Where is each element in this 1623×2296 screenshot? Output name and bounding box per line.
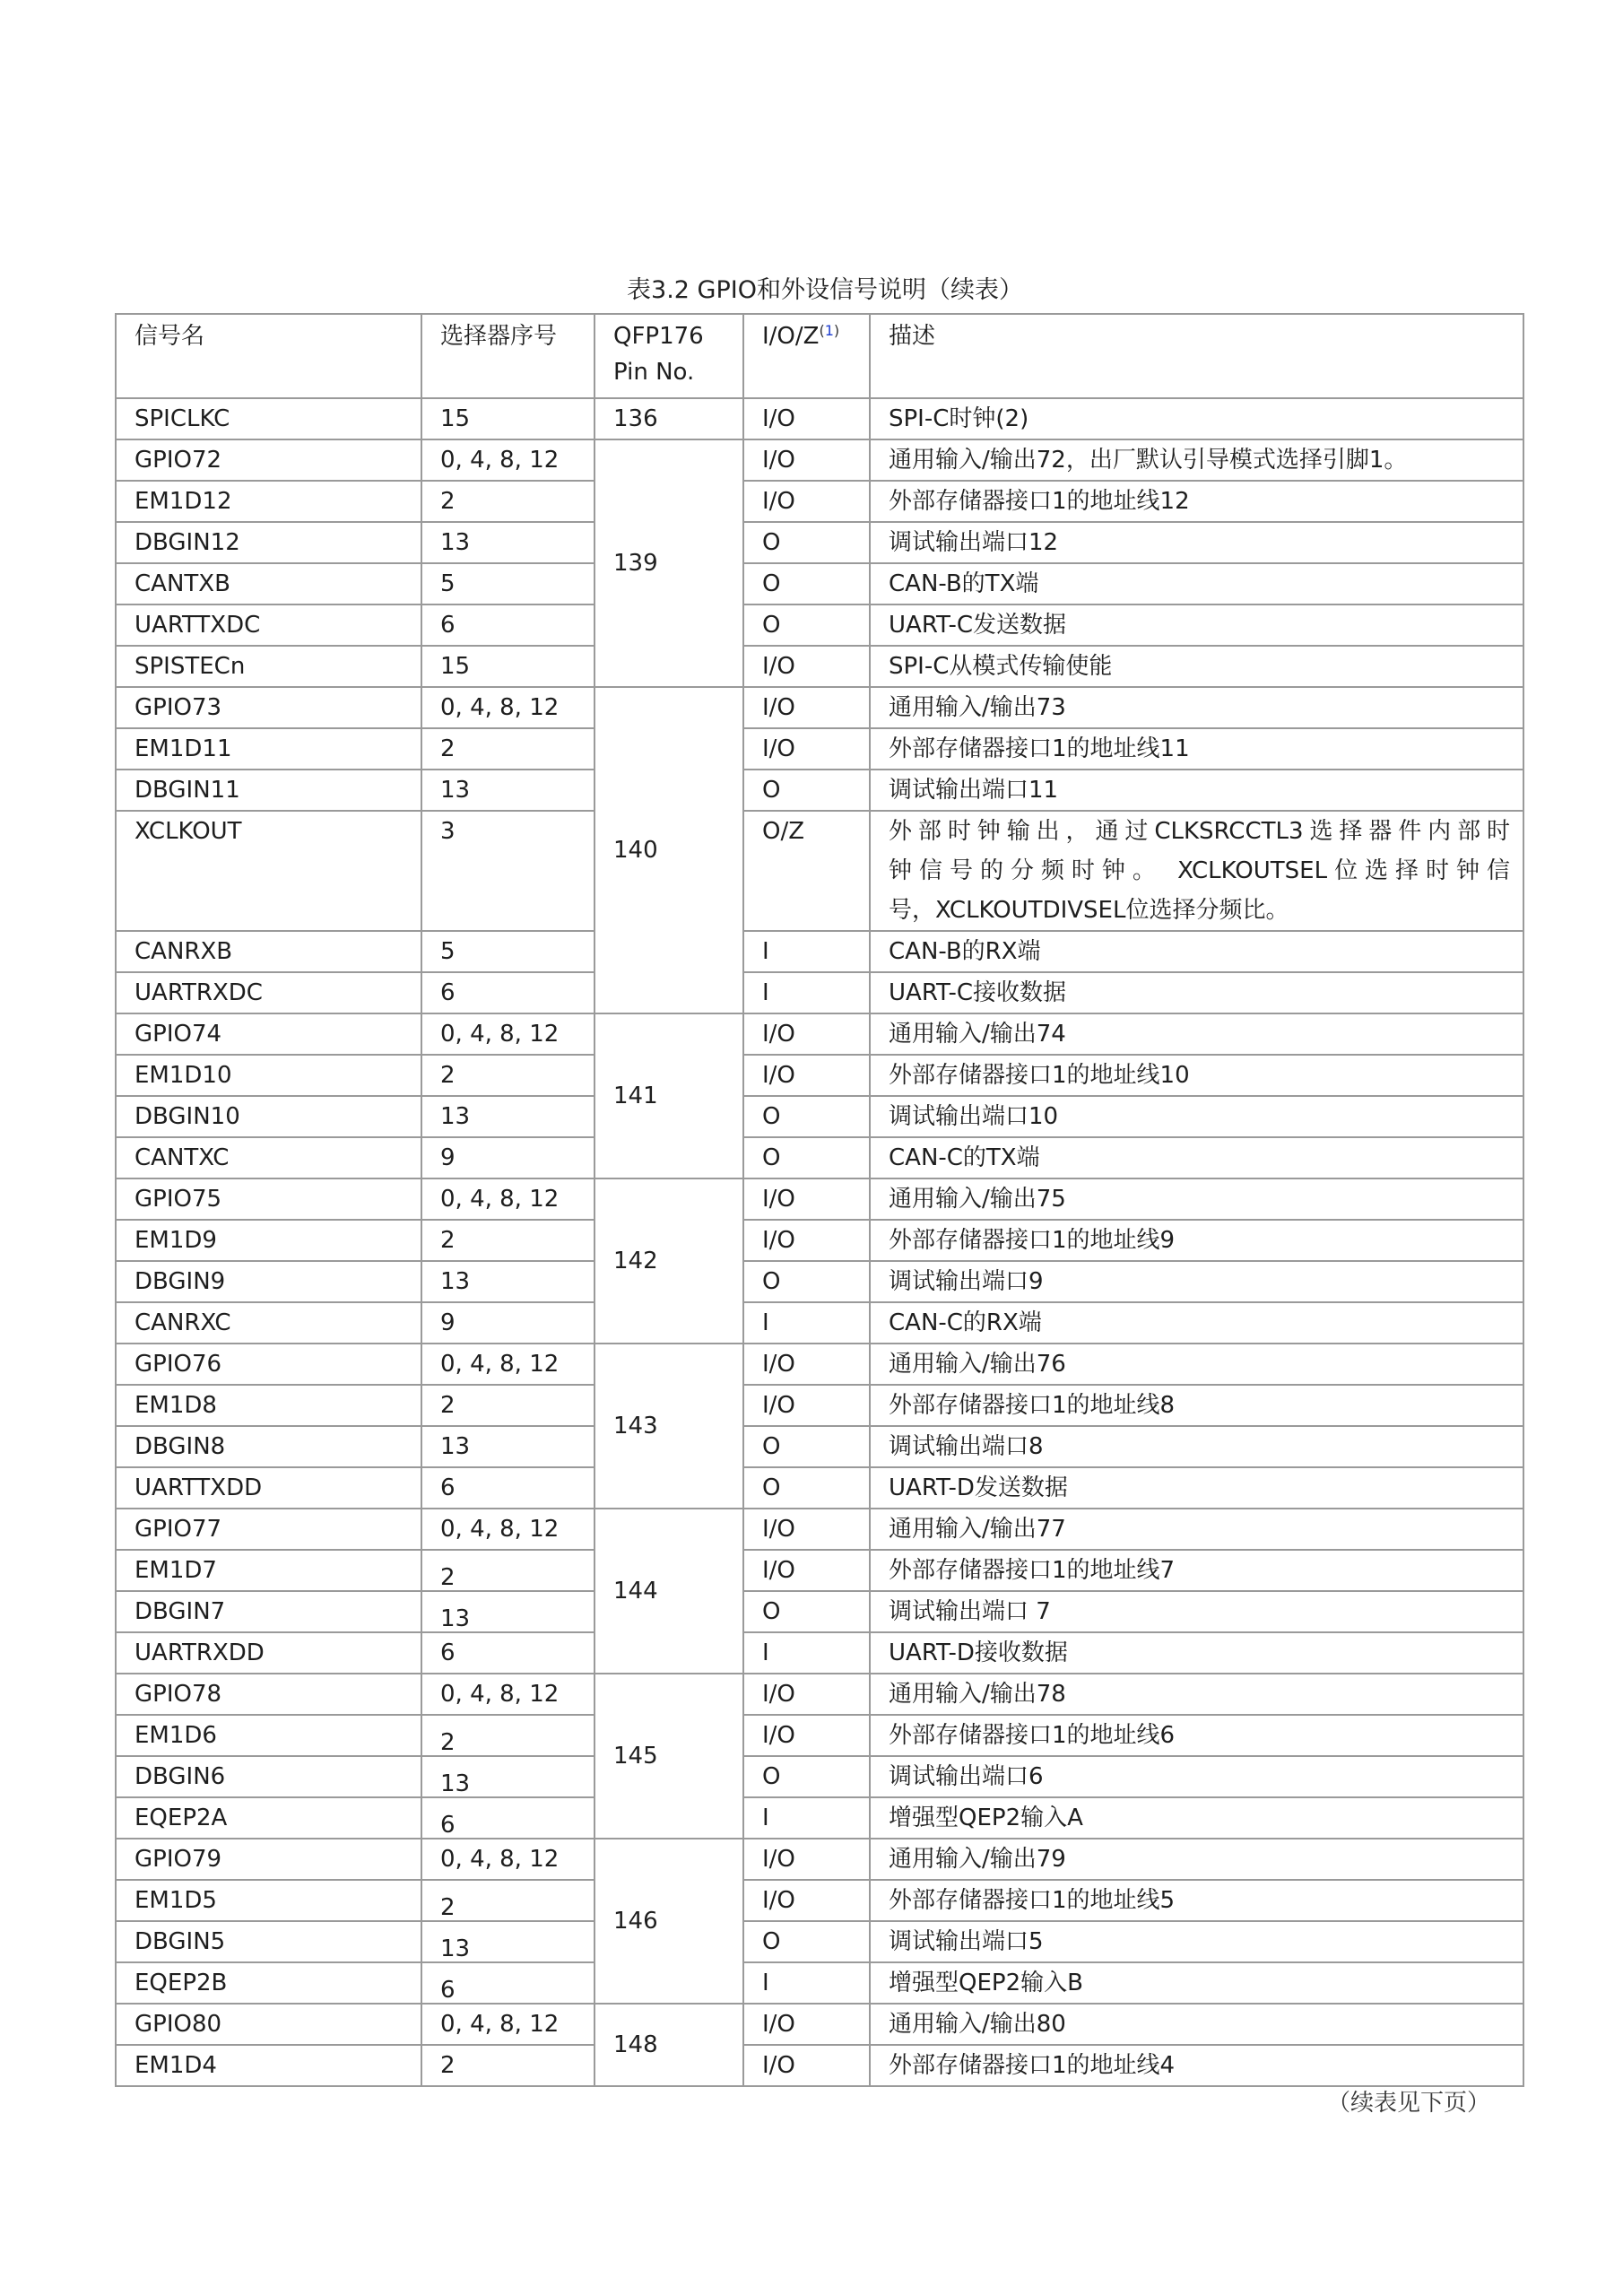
description-cell: 通用输入/输出79 bbox=[870, 1839, 1523, 1880]
selector-cell: 2 bbox=[421, 1385, 595, 1426]
selector-cell: 6 bbox=[421, 1467, 595, 1509]
table-row: EM1D92I/O外部存储器接口1的地址线9 bbox=[116, 1220, 1523, 1261]
description-cell: 调试输出端口10 bbox=[870, 1096, 1523, 1137]
selector-cell: 3 bbox=[421, 811, 595, 931]
table-header-row: 信号名 选择器序号 QFP176 Pin No. I/O/Z(1) 描述 bbox=[116, 314, 1523, 398]
selector-cell: 6 bbox=[421, 1797, 595, 1839]
io-cell: I/O bbox=[743, 1385, 870, 1426]
table-row: UARTTXDC6OUART-C发送数据 bbox=[116, 604, 1523, 646]
io-cell: I bbox=[743, 1962, 870, 2004]
io-cell: I bbox=[743, 1302, 870, 1344]
signal-name-cell: GPIO77 bbox=[116, 1509, 421, 1550]
header-io: I/O/Z(1) bbox=[743, 314, 870, 398]
signal-name-cell: EM1D8 bbox=[116, 1385, 421, 1426]
selector-value: 0, 4, 8, 12 bbox=[440, 447, 559, 474]
table-row: DBGIN713O调试输出端口 7 bbox=[116, 1591, 1523, 1632]
io-cell: I bbox=[743, 1632, 870, 1674]
signal-name-cell: GPIO76 bbox=[116, 1344, 421, 1385]
table-row: EM1D62I/O外部存储器接口1的地址线6 bbox=[116, 1715, 1523, 1756]
signal-name-cell: EM1D5 bbox=[116, 1880, 421, 1921]
selector-value: 9 bbox=[440, 1144, 456, 1171]
table-row: EM1D122I/O外部存储器接口1的地址线12 bbox=[116, 481, 1523, 522]
selector-value: 13 bbox=[440, 1770, 470, 1797]
io-cell: I/O bbox=[743, 1220, 870, 1261]
io-cell: O bbox=[743, 1261, 870, 1302]
selector-value: 0, 4, 8, 12 bbox=[440, 1516, 559, 1543]
io-cell: I bbox=[743, 972, 870, 1013]
selector-cell: 2 bbox=[421, 1715, 595, 1756]
description-cell: 调试输出端口5 bbox=[870, 1921, 1523, 1962]
table-row: EM1D42I/O外部存储器接口1的地址线4 bbox=[116, 2045, 1523, 2086]
table-row: GPIO730, 4, 8, 12140I/O通用输入/输出73 bbox=[116, 687, 1523, 728]
description-cell: 外部存储器接口1的地址线10 bbox=[870, 1055, 1523, 1096]
selector-cell: 0, 4, 8, 12 bbox=[421, 439, 595, 481]
selector-cell: 5 bbox=[421, 563, 595, 604]
selector-value: 13 bbox=[440, 1433, 470, 1460]
selector-value: 13 bbox=[440, 1103, 470, 1130]
signal-name-cell: XCLKOUT bbox=[116, 811, 421, 931]
selector-cell: 13 bbox=[421, 522, 595, 563]
io-cell: I/O bbox=[743, 1055, 870, 1096]
description-cell: 外部存储器接口1的地址线7 bbox=[870, 1550, 1523, 1591]
pin-number-cell: 146 bbox=[595, 1839, 743, 2004]
selector-value: 2 bbox=[440, 2052, 456, 2079]
table-row: GPIO750, 4, 8, 12142I/O通用输入/输出75 bbox=[116, 1178, 1523, 1220]
table-row: GPIO770, 4, 8, 12144I/O通用输入/输出77 bbox=[116, 1509, 1523, 1550]
signal-name-cell: DBGIN8 bbox=[116, 1426, 421, 1467]
io-cell: O bbox=[743, 522, 870, 563]
io-cell: I/O bbox=[743, 1013, 870, 1055]
description-cell: 调试输出端口6 bbox=[870, 1756, 1523, 1797]
description-cell: 通用输入/输出76 bbox=[870, 1344, 1523, 1385]
table-row: CANTXC9OCAN-C的TX端 bbox=[116, 1137, 1523, 1178]
io-cell: O bbox=[743, 563, 870, 604]
pin-number-cell: 143 bbox=[595, 1344, 743, 1509]
selector-value: 2 bbox=[440, 1894, 456, 1921]
table-row: SPICLKC15136I/OSPI-C时钟(2) bbox=[116, 398, 1523, 439]
description-cell: 外部存储器接口1的地址线8 bbox=[870, 1385, 1523, 1426]
signal-name-cell: CANRXC bbox=[116, 1302, 421, 1344]
description-cell: 通用输入/输出75 bbox=[870, 1178, 1523, 1220]
table-row: GPIO800, 4, 8, 12148I/O通用输入/输出80 bbox=[116, 2004, 1523, 2045]
table-row: DBGIN1013O调试输出端口10 bbox=[116, 1096, 1523, 1137]
signal-name-cell: SPICLKC bbox=[116, 398, 421, 439]
selector-cell: 0, 4, 8, 12 bbox=[421, 1013, 595, 1055]
signal-name-cell: EM1D11 bbox=[116, 728, 421, 770]
io-cell: O bbox=[743, 1426, 870, 1467]
selector-cell: 13 bbox=[421, 770, 595, 811]
selector-value: 0, 4, 8, 12 bbox=[440, 1186, 559, 1213]
io-cell: I bbox=[743, 1797, 870, 1839]
selector-value: 13 bbox=[440, 529, 470, 556]
description-line: 钟信号的分频时钟。 XCLKOUTSEL位选择时钟信 bbox=[889, 851, 1510, 891]
signal-name-cell: UARTTXDC bbox=[116, 604, 421, 646]
header-pin-line1: QFP176 bbox=[613, 318, 742, 354]
table-row: UARTRXDD6IUART-D接收数据 bbox=[116, 1632, 1523, 1674]
description-cell: CAN-B的TX端 bbox=[870, 563, 1523, 604]
io-cell: I/O bbox=[743, 2004, 870, 2045]
io-cell: I/O bbox=[743, 481, 870, 522]
selector-cell: 2 bbox=[421, 1220, 595, 1261]
selector-value: 9 bbox=[440, 1309, 456, 1336]
table-row: DBGIN1113O调试输出端口11 bbox=[116, 770, 1523, 811]
signal-name-cell: SPISTECn bbox=[116, 646, 421, 687]
description-cell: 通用输入/输出78 bbox=[870, 1674, 1523, 1715]
description-line: 外部时钟输出，通过CLKSRCCTL3选择器件内部时 bbox=[889, 812, 1510, 851]
io-cell: I/O bbox=[743, 728, 870, 770]
selector-cell: 2 bbox=[421, 1550, 595, 1591]
description-cell: SPI-C时钟(2) bbox=[870, 398, 1523, 439]
signal-name-cell: GPIO72 bbox=[116, 439, 421, 481]
description-cell: 外部存储器接口1的地址线5 bbox=[870, 1880, 1523, 1921]
header-pin-no: QFP176 Pin No. bbox=[595, 314, 743, 398]
signal-name-cell: EM1D6 bbox=[116, 1715, 421, 1756]
table-row: EM1D82I/O外部存储器接口1的地址线8 bbox=[116, 1385, 1523, 1426]
table-caption: 表3.2 GPIO和外设信号说明（续表） bbox=[0, 274, 1623, 307]
description-cell: UART-D发送数据 bbox=[870, 1467, 1523, 1509]
description-cell: 调试输出端口8 bbox=[870, 1426, 1523, 1467]
description-cell: CAN-C的TX端 bbox=[870, 1137, 1523, 1178]
table-row: GPIO720, 4, 8, 12139I/O通用输入/输出72，出厂默认引导模… bbox=[116, 439, 1523, 481]
signal-name-cell: GPIO79 bbox=[116, 1839, 421, 1880]
selector-cell: 13 bbox=[421, 1261, 595, 1302]
description-cell: 外部存储器接口1的地址线4 bbox=[870, 2045, 1523, 2086]
selector-cell: 5 bbox=[421, 931, 595, 972]
description-line: 号，XCLKOUTDIVSEL位选择分频比。 bbox=[889, 891, 1510, 930]
table-row: DBGIN513O调试输出端口5 bbox=[116, 1921, 1523, 1962]
table-row: GPIO740, 4, 8, 12141I/O通用输入/输出74 bbox=[116, 1013, 1523, 1055]
selector-cell: 0, 4, 8, 12 bbox=[421, 1509, 595, 1550]
selector-value: 13 bbox=[440, 1605, 470, 1632]
io-cell: I/O bbox=[743, 439, 870, 481]
selector-cell: 2 bbox=[421, 481, 595, 522]
selector-value: 0, 4, 8, 12 bbox=[440, 2011, 559, 2038]
header-description: 描述 bbox=[870, 314, 1523, 398]
io-cell: I/O bbox=[743, 1715, 870, 1756]
selector-cell: 0, 4, 8, 12 bbox=[421, 687, 595, 728]
selector-value: 6 bbox=[440, 1812, 456, 1839]
selector-cell: 13 bbox=[421, 1426, 595, 1467]
selector-cell: 13 bbox=[421, 1921, 595, 1962]
pin-number-cell: 142 bbox=[595, 1178, 743, 1344]
signal-name-cell: DBGIN11 bbox=[116, 770, 421, 811]
signal-name-cell: EM1D12 bbox=[116, 481, 421, 522]
selector-value: 0, 4, 8, 12 bbox=[440, 1351, 559, 1378]
description-cell: 通用输入/输出77 bbox=[870, 1509, 1523, 1550]
signal-name-cell: UARTTXDD bbox=[116, 1467, 421, 1509]
selector-cell: 15 bbox=[421, 398, 595, 439]
io-cell: I/O bbox=[743, 2045, 870, 2086]
selector-value: 13 bbox=[440, 777, 470, 804]
table-row: DBGIN1213O调试输出端口12 bbox=[116, 522, 1523, 563]
io-cell: O bbox=[743, 1137, 870, 1178]
selector-value: 2 bbox=[440, 1227, 456, 1254]
signal-name-cell: UARTRXDC bbox=[116, 972, 421, 1013]
signal-name-cell: GPIO75 bbox=[116, 1178, 421, 1220]
pin-number-cell: 144 bbox=[595, 1509, 743, 1674]
selector-cell: 2 bbox=[421, 1880, 595, 1921]
selector-value: 13 bbox=[440, 1268, 470, 1295]
continued-note: （续表见下页） bbox=[1327, 2084, 1490, 2118]
selector-value: 13 bbox=[440, 1935, 470, 1962]
selector-value: 6 bbox=[440, 979, 456, 1006]
signal-name-cell: CANTXB bbox=[116, 563, 421, 604]
gpio-signal-table: 信号名 选择器序号 QFP176 Pin No. I/O/Z(1) 描述 SPI… bbox=[115, 313, 1524, 2087]
signal-name-cell: UARTRXDD bbox=[116, 1632, 421, 1674]
signal-name-cell: GPIO73 bbox=[116, 687, 421, 728]
description-cell: UART-D接收数据 bbox=[870, 1632, 1523, 1674]
io-cell: I/O bbox=[743, 398, 870, 439]
selector-cell: 0, 4, 8, 12 bbox=[421, 2004, 595, 2045]
selector-value: 6 bbox=[440, 612, 456, 639]
io-cell: I/O bbox=[743, 1344, 870, 1385]
table-row: DBGIN913O调试输出端口9 bbox=[116, 1261, 1523, 1302]
table-row: EM1D72I/O外部存储器接口1的地址线7 bbox=[116, 1550, 1523, 1591]
io-cell: O/Z bbox=[743, 811, 870, 931]
table-row: EM1D102I/O外部存储器接口1的地址线10 bbox=[116, 1055, 1523, 1096]
selector-cell: 0, 4, 8, 12 bbox=[421, 1344, 595, 1385]
selector-cell: 13 bbox=[421, 1756, 595, 1797]
description-cell: UART-C接收数据 bbox=[870, 972, 1523, 1013]
selector-cell: 6 bbox=[421, 1632, 595, 1674]
signal-name-cell: GPIO80 bbox=[116, 2004, 421, 2045]
signal-name-cell: EM1D4 bbox=[116, 2045, 421, 2086]
io-cell: O bbox=[743, 604, 870, 646]
selector-value: 2 bbox=[440, 735, 456, 762]
description-cell: 外部存储器接口1的地址线12 bbox=[870, 481, 1523, 522]
selector-value: 2 bbox=[440, 1564, 456, 1591]
signal-name-cell: EQEP2A bbox=[116, 1797, 421, 1839]
pin-number-cell: 139 bbox=[595, 439, 743, 687]
footnote-ref[interactable]: (1) bbox=[819, 322, 839, 339]
table-row: EQEP2B6I增强型QEP2输入B bbox=[116, 1962, 1523, 2004]
signal-name-cell: GPIO74 bbox=[116, 1013, 421, 1055]
footnote-number[interactable]: 1 bbox=[825, 322, 834, 339]
io-cell: O bbox=[743, 1756, 870, 1797]
signal-name-cell: CANRXB bbox=[116, 931, 421, 972]
selector-cell: 6 bbox=[421, 1962, 595, 2004]
pin-number-cell: 141 bbox=[595, 1013, 743, 1178]
pin-number-cell: 148 bbox=[595, 2004, 743, 2086]
selector-value: 2 bbox=[440, 1729, 456, 1756]
description-cell: 通用输入/输出74 bbox=[870, 1013, 1523, 1055]
selector-cell: 0, 4, 8, 12 bbox=[421, 1178, 595, 1220]
selector-value: 2 bbox=[440, 1392, 456, 1419]
table-row: GPIO780, 4, 8, 12145I/O通用输入/输出78 bbox=[116, 1674, 1523, 1715]
description-cell: 调试输出端口11 bbox=[870, 770, 1523, 811]
table-row: CANRXB5ICAN-B的RX端 bbox=[116, 931, 1523, 972]
table-body: SPICLKC15136I/OSPI-C时钟(2)GPIO720, 4, 8, … bbox=[116, 398, 1523, 2086]
description-cell: 增强型QEP2输入B bbox=[870, 1962, 1523, 2004]
pin-number-cell: 145 bbox=[595, 1674, 743, 1839]
selector-value: 6 bbox=[440, 1474, 456, 1501]
table-row: CANRXC9ICAN-C的RX端 bbox=[116, 1302, 1523, 1344]
signal-name-cell: GPIO78 bbox=[116, 1674, 421, 1715]
io-cell: I bbox=[743, 931, 870, 972]
description-cell: UART-C发送数据 bbox=[870, 604, 1523, 646]
signal-name-cell: EM1D9 bbox=[116, 1220, 421, 1261]
description-cell: CAN-B的RX端 bbox=[870, 931, 1523, 972]
signal-name-cell: EQEP2B bbox=[116, 1962, 421, 2004]
description-cell: 调试输出端口9 bbox=[870, 1261, 1523, 1302]
selector-cell: 13 bbox=[421, 1096, 595, 1137]
description-cell: 增强型QEP2输入A bbox=[870, 1797, 1523, 1839]
description-cell: 外部时钟输出，通过CLKSRCCTL3选择器件内部时钟信号的分频时钟。 XCLK… bbox=[870, 811, 1523, 931]
selector-value: 2 bbox=[440, 1062, 456, 1089]
header-pin-line2: Pin No. bbox=[613, 354, 742, 390]
selector-value: 5 bbox=[440, 570, 456, 597]
io-cell: O bbox=[743, 1591, 870, 1632]
header-selector: 选择器序号 bbox=[421, 314, 595, 398]
selector-cell: 2 bbox=[421, 2045, 595, 2086]
table-row: SPISTECn15I/OSPI-C从模式传输使能 bbox=[116, 646, 1523, 687]
selector-cell: 0, 4, 8, 12 bbox=[421, 1674, 595, 1715]
table-row: XCLKOUT3O/Z外部时钟输出，通过CLKSRCCTL3选择器件内部时钟信号… bbox=[116, 811, 1523, 931]
io-cell: I/O bbox=[743, 1509, 870, 1550]
signal-name-cell: DBGIN12 bbox=[116, 522, 421, 563]
selector-value: 0, 4, 8, 12 bbox=[440, 1021, 559, 1048]
selector-value: 0, 4, 8, 12 bbox=[440, 694, 559, 721]
io-cell: O bbox=[743, 1467, 870, 1509]
pin-number-cell: 136 bbox=[595, 398, 743, 439]
signal-name-cell: CANTXC bbox=[116, 1137, 421, 1178]
table-row: GPIO790, 4, 8, 12146I/O通用输入/输出79 bbox=[116, 1839, 1523, 1880]
selector-cell: 0, 4, 8, 12 bbox=[421, 1839, 595, 1880]
description-cell: 通用输入/输出73 bbox=[870, 687, 1523, 728]
selector-cell: 6 bbox=[421, 972, 595, 1013]
description-cell: 调试输出端口12 bbox=[870, 522, 1523, 563]
selector-value: 2 bbox=[440, 488, 456, 515]
io-cell: I/O bbox=[743, 1178, 870, 1220]
selector-cell: 9 bbox=[421, 1137, 595, 1178]
description-cell: 外部存储器接口1的地址线9 bbox=[870, 1220, 1523, 1261]
io-cell: I/O bbox=[743, 1550, 870, 1591]
signal-name-cell: EM1D7 bbox=[116, 1550, 421, 1591]
selector-value: 5 bbox=[440, 938, 456, 965]
table-row: GPIO760, 4, 8, 12143I/O通用输入/输出76 bbox=[116, 1344, 1523, 1385]
description-cell: 调试输出端口 7 bbox=[870, 1591, 1523, 1632]
signal-name-cell: DBGIN7 bbox=[116, 1591, 421, 1632]
header-io-label: I/O/Z bbox=[762, 323, 819, 350]
table-row: EM1D112I/O外部存储器接口1的地址线11 bbox=[116, 728, 1523, 770]
selector-cell: 9 bbox=[421, 1302, 595, 1344]
table-row: DBGIN813O调试输出端口8 bbox=[116, 1426, 1523, 1467]
selector-value: 0, 4, 8, 12 bbox=[440, 1681, 559, 1708]
table-row: CANTXB5OCAN-B的TX端 bbox=[116, 563, 1523, 604]
selector-value: 15 bbox=[440, 653, 470, 680]
description-cell: 外部存储器接口1的地址线6 bbox=[870, 1715, 1523, 1756]
table-row: EM1D52I/O外部存储器接口1的地址线5 bbox=[116, 1880, 1523, 1921]
io-cell: O bbox=[743, 1096, 870, 1137]
table-row: EQEP2A6I增强型QEP2输入A bbox=[116, 1797, 1523, 1839]
signal-name-cell: EM1D10 bbox=[116, 1055, 421, 1096]
io-cell: I/O bbox=[743, 1839, 870, 1880]
io-cell: O bbox=[743, 1921, 870, 1962]
signal-name-cell: DBGIN10 bbox=[116, 1096, 421, 1137]
signal-name-cell: DBGIN9 bbox=[116, 1261, 421, 1302]
table-row: UARTRXDC6IUART-C接收数据 bbox=[116, 972, 1523, 1013]
selector-value: 15 bbox=[440, 405, 470, 432]
io-cell: I/O bbox=[743, 1880, 870, 1921]
selector-cell: 6 bbox=[421, 604, 595, 646]
selector-cell: 2 bbox=[421, 728, 595, 770]
selector-cell: 2 bbox=[421, 1055, 595, 1096]
table-row: UARTTXDD6OUART-D发送数据 bbox=[116, 1467, 1523, 1509]
description-cell: SPI-C从模式传输使能 bbox=[870, 646, 1523, 687]
description-cell: 通用输入/输出72，出厂默认引导模式选择引脚1。 bbox=[870, 439, 1523, 481]
description-cell: CAN-C的RX端 bbox=[870, 1302, 1523, 1344]
description-cell: 通用输入/输出80 bbox=[870, 2004, 1523, 2045]
io-cell: I/O bbox=[743, 1674, 870, 1715]
io-cell: O bbox=[743, 770, 870, 811]
pin-number-cell: 140 bbox=[595, 687, 743, 1013]
header-signal-name: 信号名 bbox=[116, 314, 421, 398]
io-cell: I/O bbox=[743, 687, 870, 728]
selector-value: 0, 4, 8, 12 bbox=[440, 1846, 559, 1873]
io-cell: I/O bbox=[743, 646, 870, 687]
description-cell: 外部存储器接口1的地址线11 bbox=[870, 728, 1523, 770]
selector-value: 3 bbox=[440, 818, 456, 845]
selector-value: 6 bbox=[440, 1639, 456, 1666]
selector-cell: 15 bbox=[421, 646, 595, 687]
table-row: DBGIN613O调试输出端口6 bbox=[116, 1756, 1523, 1797]
selector-value: 6 bbox=[440, 1977, 456, 2004]
signal-name-cell: DBGIN5 bbox=[116, 1921, 421, 1962]
footnote-paren-close: ) bbox=[834, 322, 839, 339]
signal-name-cell: DBGIN6 bbox=[116, 1756, 421, 1797]
selector-cell: 13 bbox=[421, 1591, 595, 1632]
